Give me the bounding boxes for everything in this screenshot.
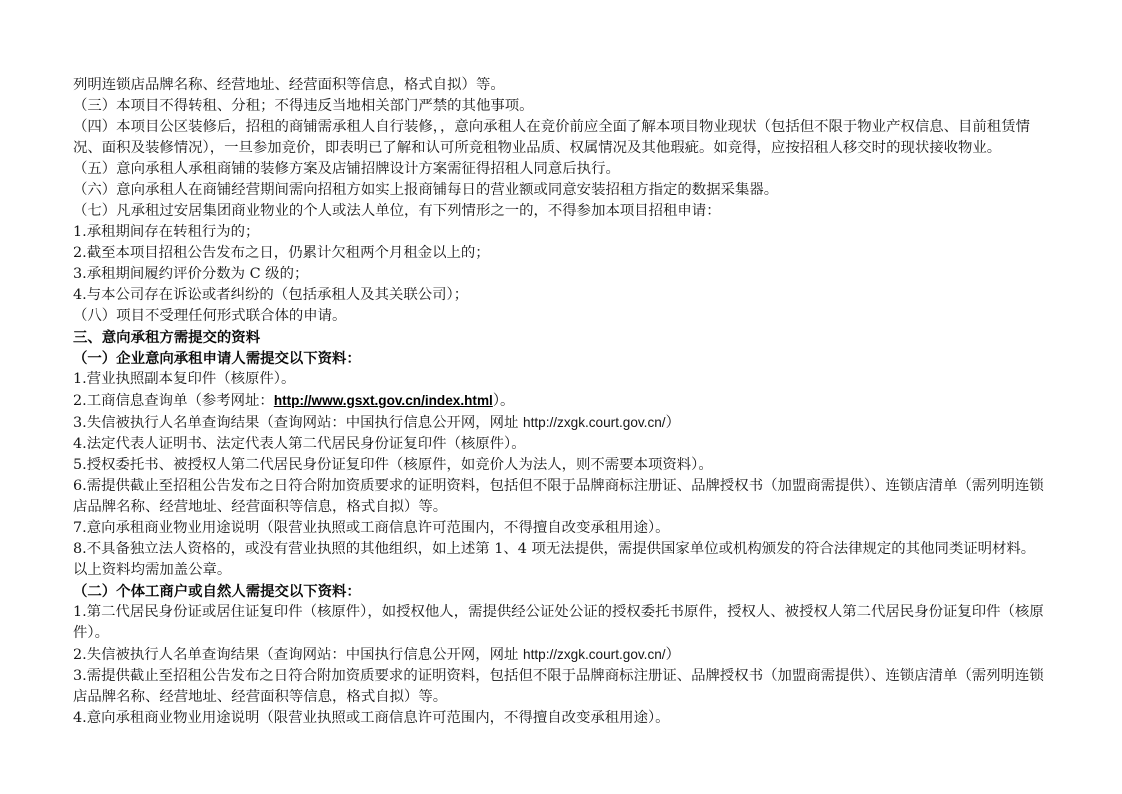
text-run: 1.营业执照副本复印件（核原件）。	[73, 371, 295, 387]
paragraph: （七）凡承租过安居集团商业物业的个人或法人单位，有下列情形之一的，不得参加本项目…	[73, 201, 1057, 222]
paragraph: （三）本项目不得转租、分租；不得违反当地相关部门严禁的其他事项。	[73, 96, 1057, 117]
paragraph: （八）项目不受理任何形式联合体的申请。	[73, 306, 1057, 327]
paragraph: （四）本项目公区装修后，招租的商铺需承租人自行装修，，意向承租人在竞价前应全面了…	[73, 117, 1057, 159]
paragraph: 3.承租期间履约评价分数为 C 级的；	[73, 264, 1057, 285]
paragraph: 1.承租期间存在转租行为的；	[73, 222, 1057, 243]
text-run: （八）项目不受理任何形式联合体的申请。	[73, 308, 346, 324]
text-run: 3.需提供截止至招租公告发布之日符合附加资质要求的证明资料，包括但不限于品牌商标…	[73, 668, 1044, 705]
paragraph: 4.法定代表人证明书、法定代表人第二代居民身份证复印件（核原件）。	[73, 434, 1057, 455]
text-run: 三、意向承租方需提交的资料	[73, 329, 260, 346]
text-run: 8.不具备独立法人资格的，或没有营业执照的其他组织，如上述第 1、4 项无法提供…	[73, 541, 1035, 557]
text-run: （三）本项目不得转租、分租；不得违反当地相关部门严禁的其他事项。	[73, 98, 534, 114]
paragraph: 4.意向承租商业物业用途说明（限营业执照或工商信息许可范围内，不得擅自改变承租用…	[73, 708, 1057, 729]
paragraph: 3.失信被执行人名单查询结果（查询网站：中国执行信息公开网，网址 http://…	[73, 412, 1057, 434]
text-run: （二）个体工商户或自然人需提交以下资料：	[73, 583, 361, 600]
paragraph: 以上资料均需加盖公章。	[73, 560, 1057, 581]
text-run: （七）凡承租过安居集团商业物业的个人或法人单位，有下列情形之一的，不得参加本项目…	[73, 203, 721, 219]
text-run: （四）本项目公区装修后，招租的商铺需承租人自行装修，，意向承租人在竞价前应全面了…	[73, 119, 1030, 156]
text-run: ）	[666, 415, 680, 431]
paragraph: 4.与本公司存在诉讼或者纠纷的（包括承租人及其关联公司）；	[73, 285, 1057, 306]
text-run: （五）意向承租人承租商铺的装修方案及店铺招牌设计方案需征得招租人同意后执行。	[73, 161, 620, 177]
paragraph: （五）意向承租人承租商铺的装修方案及店铺招牌设计方案需征得招租人同意后执行。	[73, 159, 1057, 180]
text-run: 7.意向承租商业物业用途说明（限营业执照或工商信息许可范围内，不得擅自改变承租用…	[73, 520, 670, 536]
text-run: 列明连锁店品牌名称、经营地址、经营面积等信息，格式自拟）等。	[73, 77, 505, 93]
subsection-heading: （二）个体工商户或自然人需提交以下资料：	[73, 581, 1057, 602]
text-run: 4.与本公司存在诉讼或者纠纷的（包括承租人及其关联公司）；	[73, 287, 468, 303]
url-text: http://zxgk.court.gov.cn/	[523, 415, 666, 430]
paragraph: 7.意向承租商业物业用途说明（限营业执照或工商信息许可范围内，不得擅自改变承租用…	[73, 518, 1057, 539]
paragraph: 1.第二代居民身份证或居住证复印件（核原件），如授权他人，需提供经公证处公证的授…	[73, 602, 1057, 644]
text-run: ）	[666, 647, 680, 663]
text-run: （六）意向承租人在商铺经营期间需向招租方如实上报商铺每日的营业额或同意安装招租方…	[73, 182, 778, 198]
paragraph: 2.截至本项目招租公告发布之日，仍累计欠租两个月租金以上的；	[73, 243, 1057, 264]
text-run: 3.承租期间履约评价分数为 C 级的；	[73, 266, 308, 282]
text-run: 以上资料均需加盖公章。	[73, 562, 231, 578]
paragraph: 8.不具备独立法人资格的，或没有营业执照的其他组织，如上述第 1、4 项无法提供…	[73, 539, 1057, 560]
paragraph: 6.需提供截止至招租公告发布之日符合附加资质要求的证明资料，包括但不限于品牌商标…	[73, 476, 1057, 518]
text-run: 1.承租期间存在转租行为的；	[73, 224, 259, 240]
section-heading: 三、意向承租方需提交的资料	[73, 327, 1057, 348]
text-run: 3.失信被执行人名单查询结果（查询网站：中国执行信息公开网，网址	[73, 415, 523, 431]
text-run: 1.第二代居民身份证或居住证复印件（核原件），如授权他人，需提供经公证处公证的授…	[73, 604, 1044, 641]
paragraph: 3.需提供截止至招租公告发布之日符合附加资质要求的证明资料，包括但不限于品牌商标…	[73, 666, 1057, 708]
text-run: （一）企业意向承租申请人需提交以下资料：	[73, 350, 361, 367]
document-canvas: { "page": { "background": "#ffffff", "te…	[0, 0, 1122, 794]
paragraph: 2.失信被执行人名单查询结果（查询网站：中国执行信息公开网，网址 http://…	[73, 644, 1057, 666]
text-run: ）。	[493, 393, 515, 409]
text-run: 5.授权委托书、被授权人第二代居民身份证复印件（核原件，如竞价人为法人，则不需要…	[73, 457, 713, 473]
url-text: http://zxgk.court.gov.cn/	[523, 647, 666, 662]
text-run: 4.法定代表人证明书、法定代表人第二代居民身份证复印件（核原件）。	[73, 436, 526, 452]
document-body: 列明连锁店品牌名称、经营地址、经营面积等信息，格式自拟）等。（三）本项目不得转租…	[73, 75, 1057, 729]
paragraph: 2.工商信息查询单（参考网址：http://www.gsxt.gov.cn/in…	[73, 390, 1057, 412]
text-run: 4.意向承租商业物业用途说明（限营业执照或工商信息许可范围内，不得擅自改变承租用…	[73, 710, 670, 726]
hyperlink[interactable]: http://www.gsxt.gov.cn/index.html	[274, 393, 493, 408]
paragraph: 1.营业执照副本复印件（核原件）。	[73, 369, 1057, 390]
paragraph: 列明连锁店品牌名称、经营地址、经营面积等信息，格式自拟）等。	[73, 75, 1057, 96]
text-run: 6.需提供截止至招租公告发布之日符合附加资质要求的证明资料，包括但不限于品牌商标…	[73, 478, 1044, 515]
text-run: 2.工商信息查询单（参考网址：	[73, 393, 274, 409]
paragraph: （六）意向承租人在商铺经营期间需向招租方如实上报商铺每日的营业额或同意安装招租方…	[73, 180, 1057, 201]
paragraph: 5.授权委托书、被授权人第二代居民身份证复印件（核原件，如竞价人为法人，则不需要…	[73, 455, 1057, 476]
text-run: 2.失信被执行人名单查询结果（查询网站：中国执行信息公开网，网址	[73, 647, 523, 663]
text-run: 2.截至本项目招租公告发布之日，仍累计欠租两个月租金以上的；	[73, 245, 490, 261]
subsection-heading: （一）企业意向承租申请人需提交以下资料：	[73, 348, 1057, 369]
